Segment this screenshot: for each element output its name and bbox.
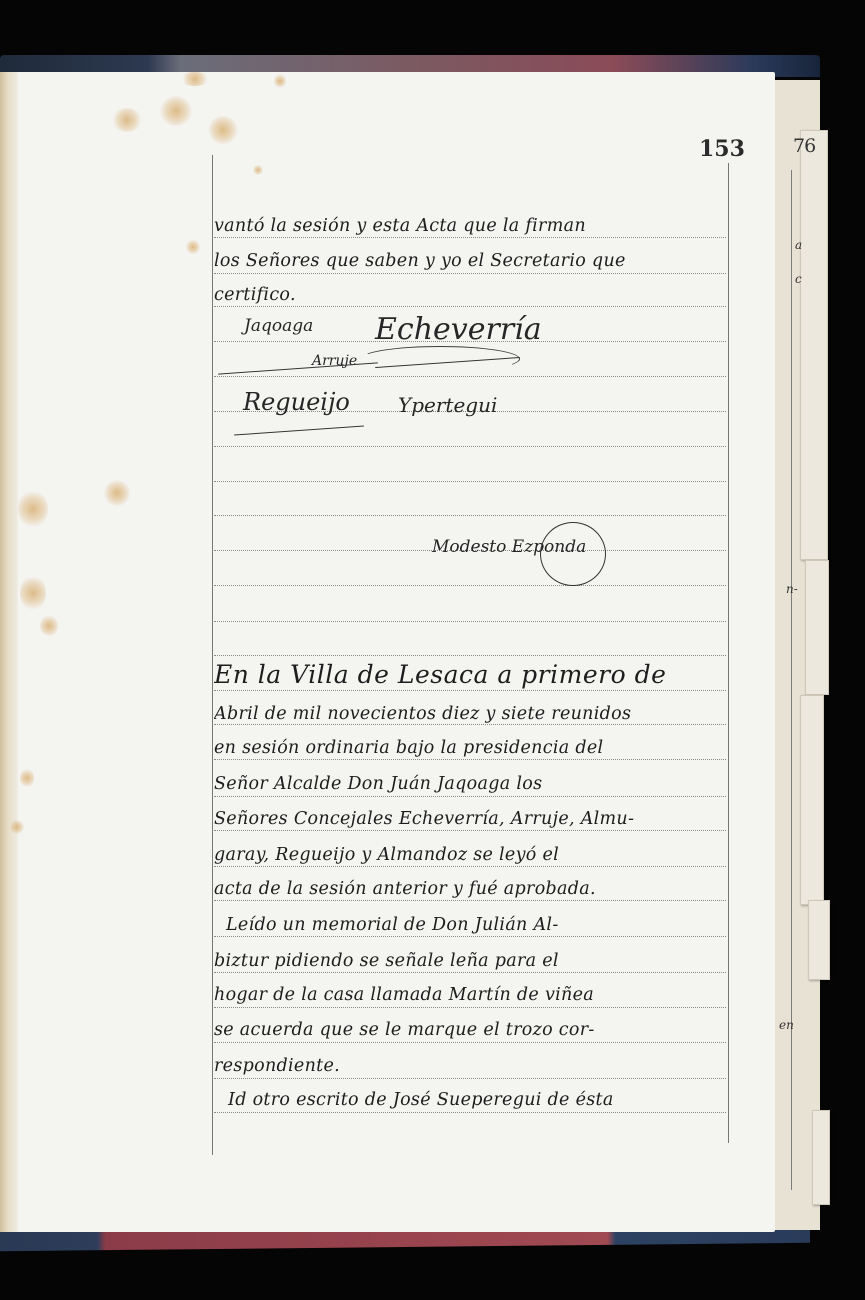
handwritten-line: Señor Alcalde Don Juán Jaqoaga los <box>214 774 730 794</box>
ruled-line <box>214 936 726 937</box>
foxing-stain <box>160 96 192 126</box>
foxing-stain <box>180 72 210 86</box>
adjacent-page-mark: n- <box>786 582 798 596</box>
handwritten-line: biztur pidiendo se señale leña para el <box>214 951 730 971</box>
page-number: 153 <box>699 136 745 162</box>
ruled-line <box>214 759 726 760</box>
handwritten-line: se acuerda que se le marque el trozo cor… <box>214 1020 730 1040</box>
foxing-stain <box>186 240 200 254</box>
signature: Echeverría <box>375 312 542 347</box>
ruled-line <box>214 1042 726 1043</box>
ruled-line <box>214 1078 726 1079</box>
foxing-stain <box>20 575 46 611</box>
ruled-line <box>214 830 726 831</box>
signature-flourish <box>360 346 520 372</box>
page-tab <box>800 695 824 905</box>
ruled-line <box>214 585 726 586</box>
foxing-stain <box>253 165 263 175</box>
ruled-line <box>214 655 726 656</box>
handwritten-line: garay, Regueijo y Almandoz se leyó el <box>214 845 730 865</box>
ruled-line <box>214 621 726 622</box>
signature: Regueijo <box>243 388 350 416</box>
adjacent-page-number: 76 <box>793 135 815 157</box>
foxing-stain <box>10 820 24 834</box>
adjacent-page-mark: c <box>795 272 802 286</box>
ruled-line <box>214 796 726 797</box>
ruled-line <box>214 900 726 901</box>
ruled-line <box>214 376 726 377</box>
handwritten-line: los Señores que saben y yo el Secretario… <box>214 251 730 271</box>
adjacent-page-mark: en <box>779 1018 794 1032</box>
foxing-stain <box>40 615 58 637</box>
foxing-stain <box>18 490 48 528</box>
foxing-stain <box>20 768 34 788</box>
handwritten-line: acta de la sesión anterior y fué aprobad… <box>214 879 730 899</box>
adjacent-page-margin-line <box>791 170 792 1190</box>
signature-flourish <box>540 522 606 586</box>
handwritten-line: respondiente. <box>214 1056 730 1076</box>
left-margin-line <box>212 155 213 1155</box>
ruled-line <box>214 690 726 691</box>
handwritten-line: Leído un memorial de Don Julián Al- <box>214 915 730 935</box>
page-tab <box>800 130 828 560</box>
page-gutter <box>0 72 18 1232</box>
foxing-stain <box>274 74 286 88</box>
page-tab <box>812 1110 830 1205</box>
handwritten-line: En la Villa de Lesaca a primero de <box>214 660 730 689</box>
ruled-line <box>214 1112 726 1113</box>
handwritten-line: certifico. <box>214 285 730 305</box>
handwritten-line: en sesión ordinaria bajo la presidencia … <box>214 738 730 758</box>
handwritten-line: hogar de la casa llamada Martín de viñea <box>214 985 730 1005</box>
ruled-line <box>214 306 726 307</box>
ruled-line <box>214 237 726 238</box>
ruled-line <box>214 972 726 973</box>
handwritten-line: Id otro escrito de José Sueperegui de és… <box>214 1090 730 1110</box>
ruled-line <box>214 1007 726 1008</box>
page-tab <box>808 900 830 980</box>
ruled-line <box>214 481 726 482</box>
handwritten-line: vantó la sesión y esta Acta que la firma… <box>214 216 730 236</box>
ruled-line <box>214 866 726 867</box>
foxing-stain <box>208 116 238 144</box>
foxing-stain <box>112 108 142 132</box>
signature: Jaqoaga <box>244 316 313 336</box>
ruled-line <box>214 724 726 725</box>
ruled-line <box>214 515 726 516</box>
handwritten-line: Señores Concejales Echeverría, Arruje, A… <box>214 809 730 829</box>
page-tab <box>805 560 829 695</box>
adjacent-page-mark: a <box>795 238 802 252</box>
foxing-stain <box>104 480 130 506</box>
handwritten-line: Abril de mil novecientos diez y siete re… <box>214 704 730 724</box>
signature: Ypertegui <box>398 393 497 417</box>
ruled-line <box>214 446 726 447</box>
ruled-line <box>214 273 726 274</box>
